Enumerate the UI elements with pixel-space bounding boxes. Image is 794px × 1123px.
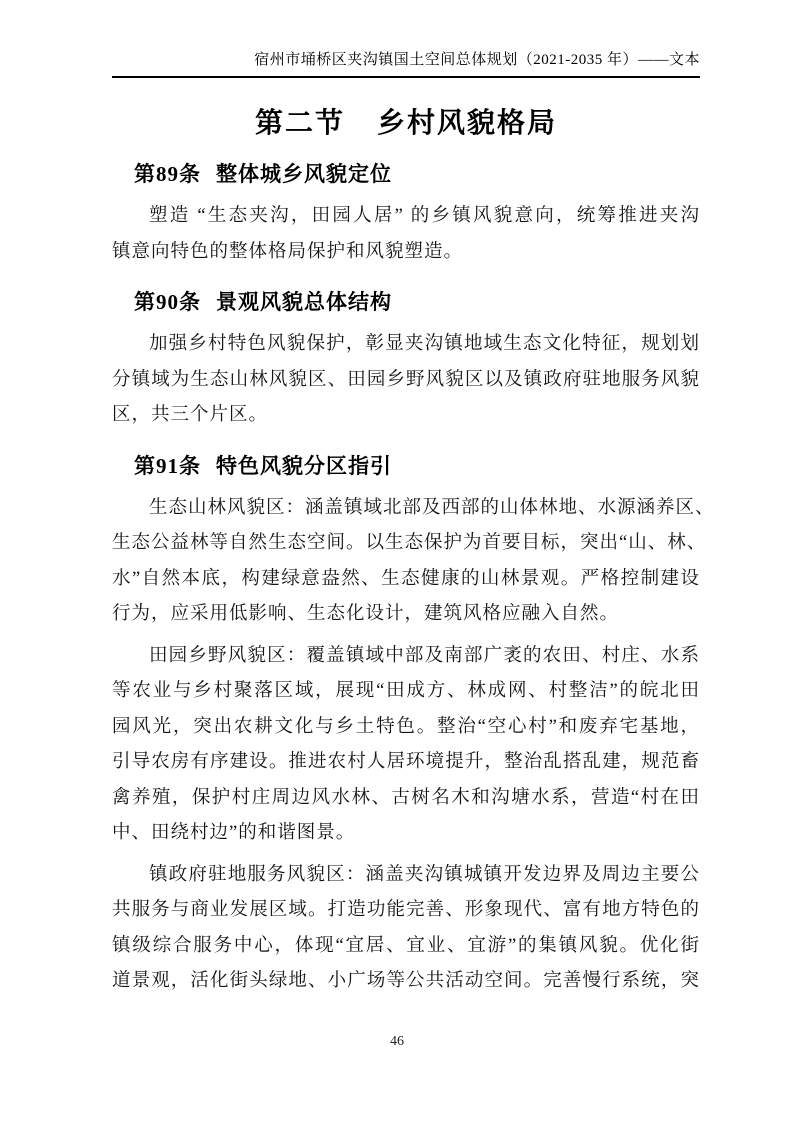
body-line: 镇政府驻地服务风貌区：涵盖夹沟镇城镇开发边界及周边主要公 [112, 858, 700, 894]
article-number: 第91条 [134, 454, 201, 478]
article-title: 整体城乡风貌定位 [216, 162, 392, 186]
body-line: 生态山林风貌区：涵盖镇域北部及西部的山体林地、水源涵养区、 [112, 491, 700, 527]
article-number: 第89条 [134, 162, 201, 186]
body-line: 引导农房有序建设。推进农村人居环境提升，整治乱搭乱建，规范畜 [112, 745, 700, 781]
body-line: 等农业与乡村聚落区域，展现“田成方、林成网、村整洁”的皖北田 [112, 674, 700, 710]
paragraph: 田园乡野风貌区：覆盖镇域中部及南部广袤的农田、村庄、水系 等农业与乡村聚落区域，… [112, 639, 700, 852]
body-line: 区，共三个片区。 [112, 398, 700, 434]
page-footer: 46 [0, 1034, 794, 1050]
article-number: 第90条 [134, 290, 201, 314]
article-91: 第91条特色风貌分区指引 生态山林风貌区：涵盖镇域北部及西部的山体林地、水源涵养… [112, 451, 700, 1000]
body-line: 田园乡野风貌区：覆盖镇域中部及南部广袤的农田、村庄、水系 [112, 639, 700, 675]
article-title: 特色风貌分区指引 [216, 454, 392, 478]
paragraph: 镇政府驻地服务风貌区：涵盖夹沟镇城镇开发边界及周边主要公 共服务与商业发展区域。… [112, 858, 700, 1000]
header-title: 宿州市埇桥区夹沟镇国土空间总体规划（2021-2035 年）——文本 [254, 52, 700, 68]
article-title: 景观风貌总体结构 [216, 290, 392, 314]
article-90: 第90条景观风貌总体结构 加强乡村特色风貌保护，彰显夹沟镇地域生态文化特征，规划… [112, 287, 700, 434]
body-line: 塑造 “生态夹沟，田园人居” 的乡镇风貌意向，统筹推进夹沟 [112, 199, 700, 235]
page-header: 宿州市埇桥区夹沟镇国土空间总体规划（2021-2035 年）——文本 [112, 50, 700, 78]
body-line: 共服务与商业发展区域。打造功能完善、形象现代、富有地方特色的 [112, 893, 700, 929]
body-line: 园风光，突出农耕文化与乡土特色。整治“空心村”和废弃宅基地， [112, 710, 700, 746]
body-line: 镇意向特色的整体格局保护和风貌塑造。 [112, 235, 700, 271]
article-heading: 第91条特色风貌分区指引 [112, 451, 700, 481]
body-line: 镇级综合服务中心，体现“宜居、宜业、宜游”的集镇风貌。优化街 [112, 929, 700, 965]
body-line: 道景观，活化街头绿地、小广场等公共活动空间。完善慢行系统，突 [112, 964, 700, 1000]
body-line: 生态公益林等自然生态空间。以生态保护为首要目标，突出“山、林、 [112, 526, 700, 562]
body-line: 水”自然本底，构建绿意盎然、生态健康的山林景观。严格控制建设 [112, 562, 700, 598]
article-heading: 第90条景观风貌总体结构 [112, 287, 700, 317]
paragraph: 塑造 “生态夹沟，田园人居” 的乡镇风貌意向，统筹推进夹沟 镇意向特色的整体格局… [112, 199, 700, 270]
paragraph: 加强乡村特色风貌保护，彰显夹沟镇地域生态文化特征，规划划 分镇域为生态山林风貌区… [112, 327, 700, 434]
paragraph: 生态山林风貌区：涵盖镇域北部及西部的山体林地、水源涵养区、 生态公益林等自然生态… [112, 491, 700, 633]
body-line: 禽养殖，保护村庄周边风水林、古树名木和沟塘水系，营造“村在田 [112, 781, 700, 817]
body-line: 行为，应采用低影响、生态化设计，建筑风格应融入自然。 [112, 597, 700, 633]
article-89: 第89条整体城乡风貌定位 塑造 “生态夹沟，田园人居” 的乡镇风貌意向，统筹推进… [112, 159, 700, 270]
article-heading: 第89条整体城乡风貌定位 [112, 159, 700, 189]
page-content: 宿州市埇桥区夹沟镇国土空间总体规划（2021-2035 年）——文本 第二节乡村… [112, 50, 700, 1000]
body-line: 加强乡村特色风貌保护，彰显夹沟镇地域生态文化特征，规划划 [112, 327, 700, 363]
section-name: 乡村风貌格局 [377, 108, 557, 139]
body-line: 分镇域为生态山林风貌区、田园乡野风貌区以及镇政府驻地服务风貌 [112, 363, 700, 399]
body-line: 中、田绕村边”的和谐图景。 [112, 816, 700, 852]
page-number: 46 [390, 1034, 404, 1049]
section-title: 第二节乡村风貌格局 [112, 106, 700, 142]
section-number: 第二节 [255, 108, 345, 139]
